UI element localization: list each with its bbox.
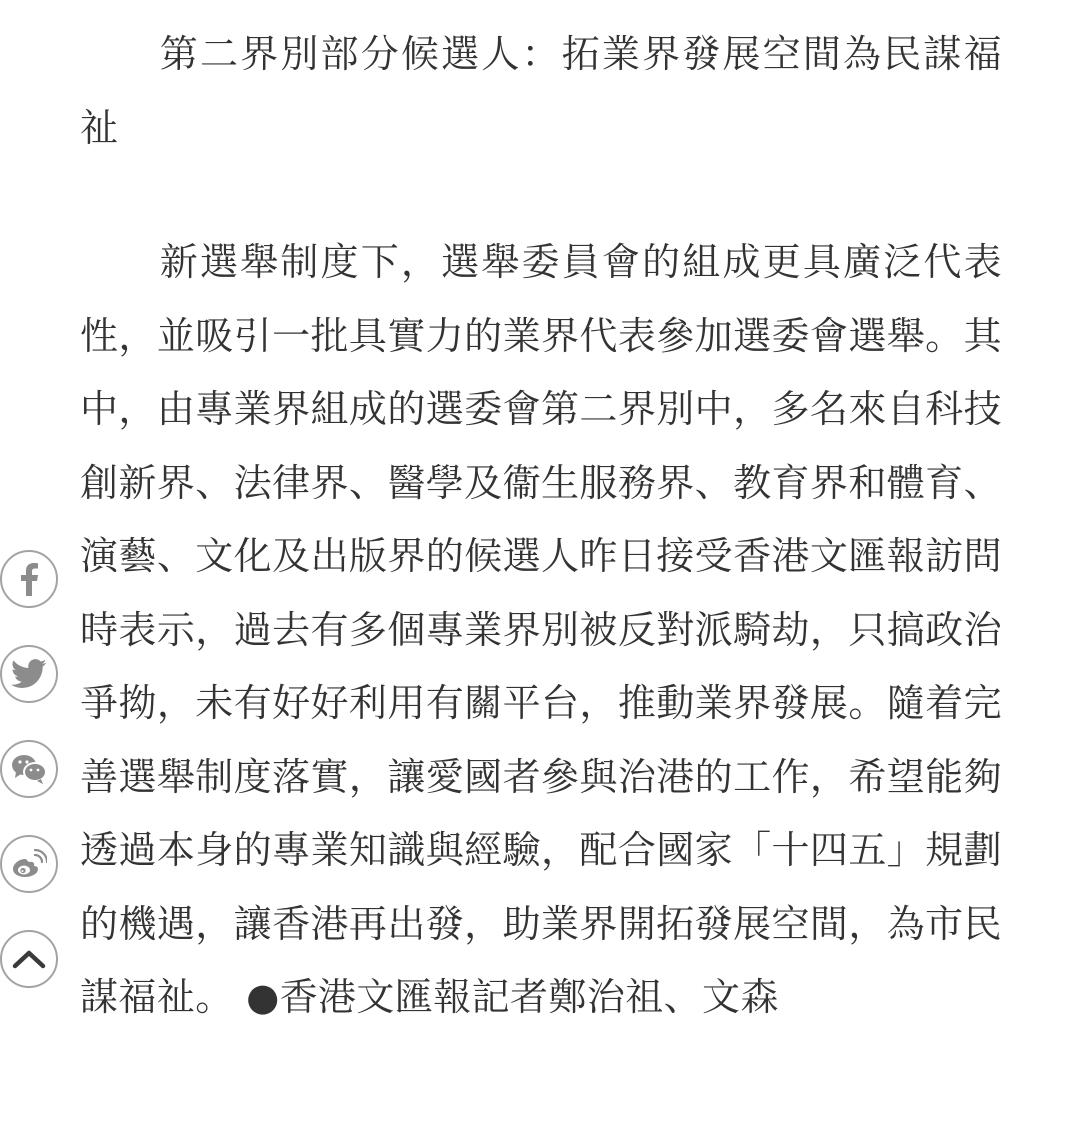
article-body: 第二界別部分候選人：拓業界發展空間為民謀福祉 新選舉制度下，選舉委員會的組成更具… bbox=[80, 18, 1002, 1035]
wechat-icon bbox=[11, 753, 47, 785]
weibo-icon bbox=[11, 849, 47, 879]
twitter-share-button[interactable] bbox=[0, 645, 58, 703]
chevron-up-icon bbox=[12, 948, 46, 970]
weibo-share-button[interactable] bbox=[0, 835, 58, 893]
back-to-top-button[interactable] bbox=[0, 930, 58, 988]
facebook-icon bbox=[16, 562, 42, 596]
facebook-share-button[interactable] bbox=[0, 550, 58, 608]
twitter-icon bbox=[11, 659, 47, 689]
wechat-share-button[interactable] bbox=[0, 740, 58, 798]
article-subheading-paragraph: 第二界別部分候選人：拓業界發展空間為民謀福祉 bbox=[80, 18, 1002, 165]
article-paragraph: 新選舉制度下，選舉委員會的組成更具廣泛代表性，並吸引一批具實力的業界代表參加選委… bbox=[80, 226, 1002, 1035]
